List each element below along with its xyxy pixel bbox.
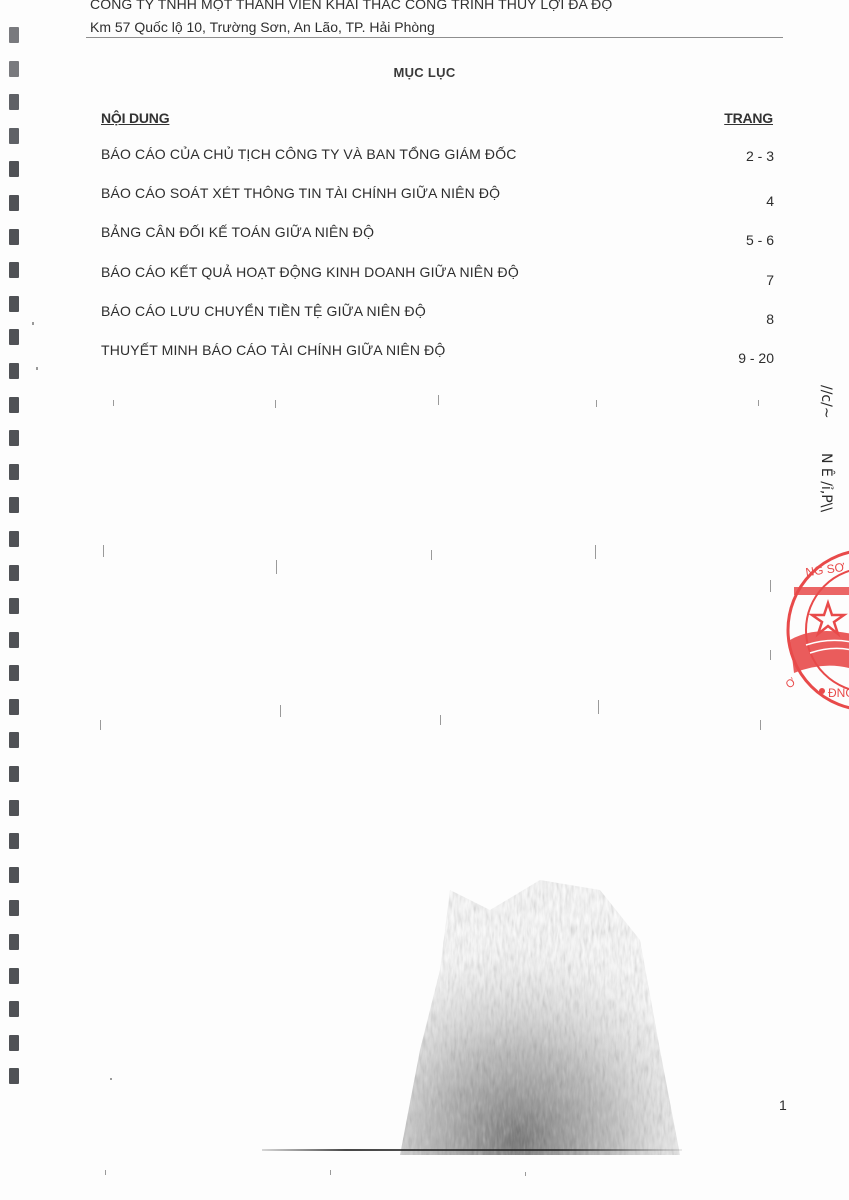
- header-divider: [86, 37, 783, 38]
- toc-entry-label: BẢNG CÂN ĐỐI KẾ TOÁN GIỮA NIÊN ĐỘ: [101, 224, 374, 240]
- binding-hole: [9, 464, 19, 480]
- binding-hole: [9, 766, 19, 782]
- toc-entry-label: BÁO CÁO LƯU CHUYỂN TIỀN TỆ GIỮA NIÊN ĐỘ: [101, 303, 426, 319]
- handwriting-top: //c/~: [818, 385, 834, 419]
- column-header-content: NỘI DUNG: [101, 110, 169, 126]
- scan-edge-line: [262, 1149, 682, 1151]
- toc-entry[interactable]: THUYẾT MINH BÁO CÁO TÀI CHÍNH GIỮA NIÊN …: [101, 342, 774, 381]
- binding-hole: [9, 598, 19, 614]
- toc-entry[interactable]: BÁO CÁO KẾT QUẢ HOẠT ĐỘNG KINH DOANH GIỮ…: [101, 264, 774, 303]
- toc-entry-label: BÁO CÁO KẾT QUẢ HOẠT ĐỘNG KINH DOANH GIỮ…: [101, 264, 519, 280]
- scan-smudge: [380, 850, 740, 1155]
- binding-hole: [9, 229, 19, 245]
- binding-hole: [9, 934, 19, 950]
- binding-hole: [9, 867, 19, 883]
- binding-hole: [9, 1035, 19, 1051]
- toc-entry[interactable]: BẢNG CÂN ĐỐI KẾ TOÁN GIỮA NIÊN ĐỘ 5 - 6: [101, 224, 774, 263]
- binding-hole: [9, 833, 19, 849]
- svg-text:Ơ: Ơ: [784, 676, 799, 692]
- binding-hole: [9, 363, 19, 379]
- toc-entry-page: 7: [766, 264, 774, 288]
- binding-hole: [9, 497, 19, 513]
- binding-hole: [9, 1001, 19, 1017]
- binding-hole: [9, 329, 19, 345]
- page-number: 1: [779, 1097, 787, 1113]
- binding-hole: [9, 632, 19, 648]
- handwritten-signature-mark: //c/~ N Ê /ỉ,P\\: [812, 385, 842, 535]
- handwriting-bottom: N Ê /ỉ,P\\: [818, 453, 834, 512]
- binding-hole: [9, 800, 19, 816]
- toc-entry-page: 2 - 3: [746, 146, 774, 164]
- binding-holes: [9, 27, 21, 1102]
- document-page: CÔNG TY TNHH MỘT THÀNH VIÊN KHAI THÁC CÔ…: [0, 0, 849, 1200]
- binding-hole: [9, 732, 19, 748]
- binding-hole: [9, 531, 19, 547]
- binding-hole: [9, 296, 19, 312]
- toc-entry[interactable]: BÁO CÁO SOÁT XÉT THÔNG TIN TÀI CHÍNH GIỮ…: [101, 185, 774, 224]
- binding-hole: [9, 900, 19, 916]
- toc-entry[interactable]: BÁO CÁO CỦA CHỦ TỊCH CÔNG TY VÀ BAN TỔNG…: [101, 146, 774, 185]
- column-header-page: TRANG: [724, 110, 773, 126]
- binding-hole: [9, 161, 19, 177]
- toc-entry-page: 8: [766, 303, 774, 327]
- toc-entry-page: 5 - 6: [746, 224, 774, 248]
- binding-hole: [9, 968, 19, 984]
- binding-hole: [9, 397, 19, 413]
- binding-hole: [9, 430, 19, 446]
- seal-icon: NG SƠ ĐNG Ơ: [776, 545, 849, 715]
- toc-entry-label: THUYẾT MINH BÁO CÁO TÀI CHÍNH GIỮA NIÊN …: [101, 342, 445, 358]
- svg-text:ĐNG: ĐNG: [828, 686, 849, 700]
- toc-entry-label: BÁO CÁO CỦA CHỦ TỊCH CÔNG TY VÀ BAN TỔNG…: [101, 146, 517, 162]
- company-name: CÔNG TY TNHH MỘT THÀNH VIÊN KHAI THÁC CÔ…: [90, 0, 612, 12]
- company-seal-stamp: NG SƠ ĐNG Ơ: [776, 545, 849, 715]
- toc-entry-label: BÁO CÁO SOÁT XÉT THÔNG TIN TÀI CHÍNH GIỮ…: [101, 185, 500, 201]
- toc-entry-page: 4: [766, 185, 774, 209]
- binding-hole: [9, 27, 19, 43]
- binding-hole: [9, 262, 19, 278]
- binding-hole: [9, 195, 19, 211]
- page-title: MỤC LỤC: [0, 65, 849, 80]
- svg-text:NG SƠ: NG SƠ: [805, 560, 847, 579]
- toc-entry-page: 9 - 20: [738, 342, 774, 366]
- toc-entry[interactable]: BÁO CÁO LƯU CHUYỂN TIỀN TỆ GIỮA NIÊN ĐỘ …: [101, 303, 774, 342]
- binding-hole: [9, 699, 19, 715]
- binding-hole: [9, 128, 19, 144]
- binding-hole: [9, 565, 19, 581]
- binding-hole: [9, 665, 19, 681]
- binding-hole: [9, 94, 19, 110]
- binding-hole: [9, 1068, 19, 1084]
- company-address: Km 57 Quốc lộ 10, Trường Sơn, An Lão, TP…: [90, 19, 435, 35]
- table-of-contents: BÁO CÁO CỦA CHỦ TỊCH CÔNG TY VÀ BAN TỔNG…: [101, 146, 774, 381]
